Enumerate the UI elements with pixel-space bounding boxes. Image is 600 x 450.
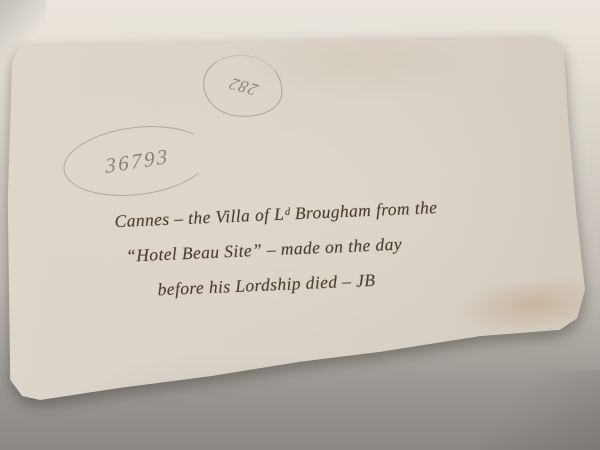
ink-inscription: Cannes – the Villa of Lᵈ Brougham from t…	[114, 188, 490, 309]
paper-sheet-surface: 282 36793 Cannes – the Villa of Lᵈ Broug…	[0, 0, 600, 450]
pencil-circled-mark: 282	[199, 49, 288, 123]
inventory-number-oval: 36793	[59, 118, 214, 204]
circled-mark-number: 282	[225, 73, 260, 99]
inventory-number: 36793	[104, 143, 170, 178]
paper-sheet: 282 36793 Cannes – the Villa of Lᵈ Broug…	[0, 0, 600, 450]
photo-of-document-verso: 282 36793 Cannes – the Villa of Lᵈ Broug…	[0, 0, 600, 450]
